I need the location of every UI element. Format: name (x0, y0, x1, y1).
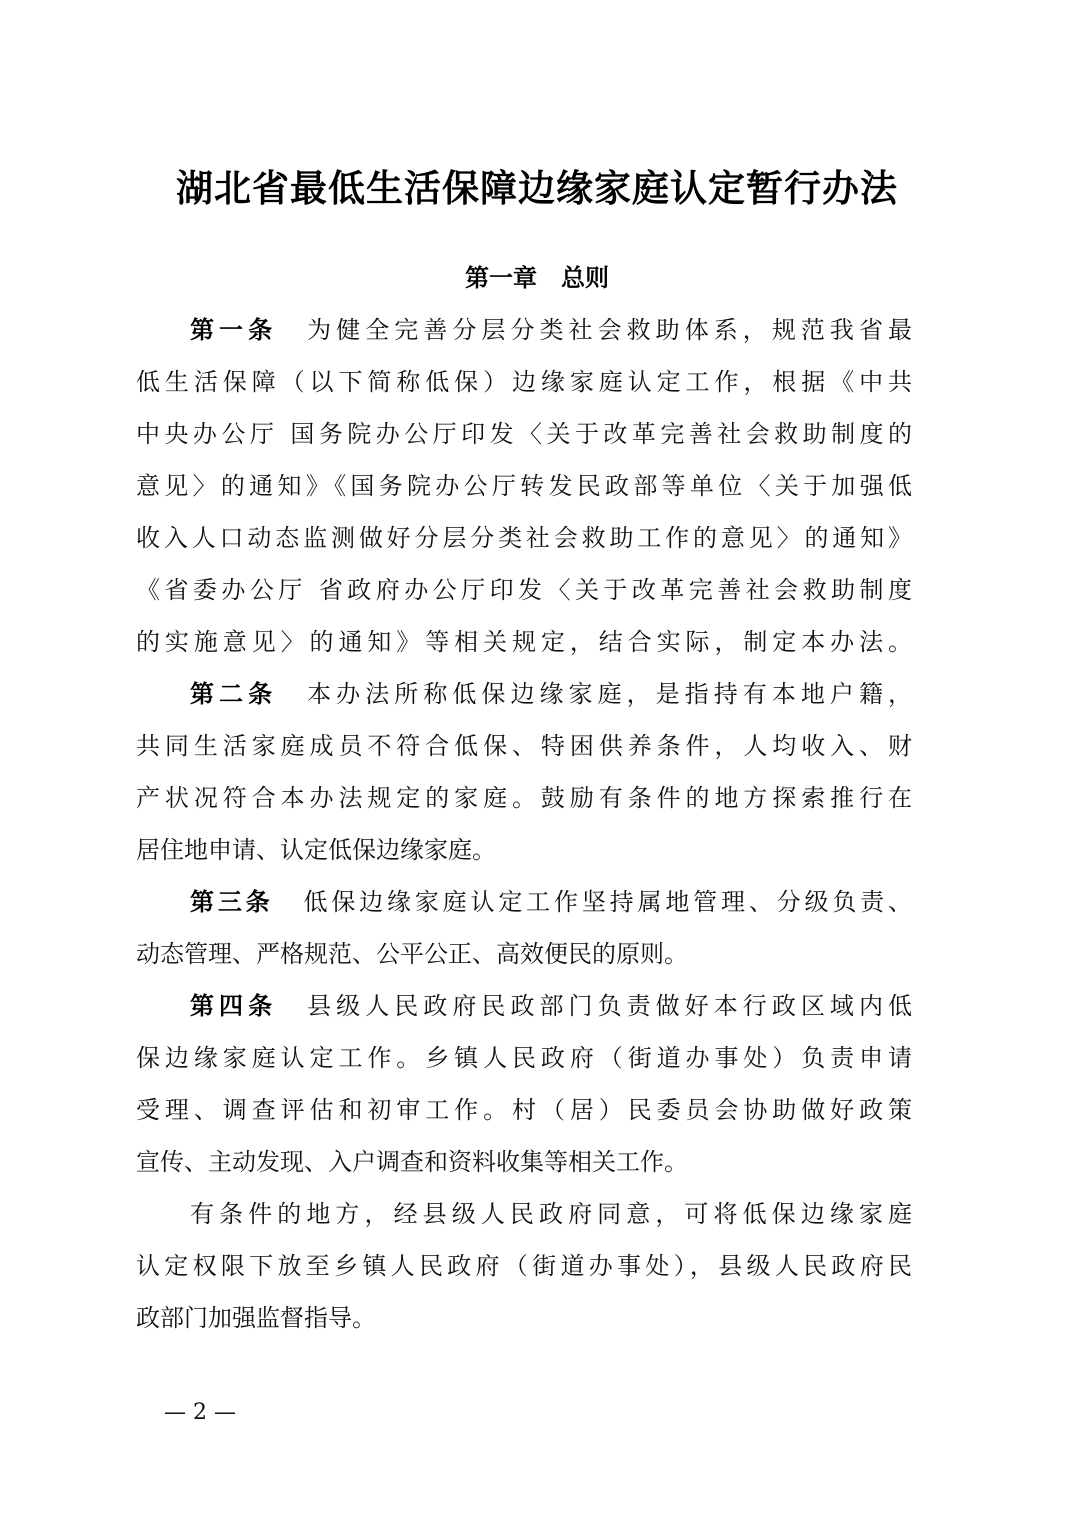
document-title: 湖北省最低生活保障边缘家庭认定暂行办法 (0, 158, 1074, 212)
article-2-line-3: 产状况符合本办法规定的家庭。鼓励有条件的地方探索推行在 (136, 780, 912, 816)
paragraph-line-3: 政部门加强监督指导。 (136, 1300, 912, 1336)
article-label: 第三条 (190, 888, 274, 916)
article-4-line-3: 受理、调查评估和初审工作。村（居）民委员会协助做好政策 (136, 1092, 912, 1128)
page-number: — 2 — (164, 1400, 236, 1425)
article-4-line-2: 保边缘家庭认定工作。乡镇人民政府（街道办事处）负责申请 (136, 1040, 912, 1076)
paragraph-line-2: 认定权限下放至乡镇人民政府（街道办事处），县级人民政府民 (136, 1248, 912, 1284)
article-label: 第四条 (190, 992, 277, 1020)
article-4-line-4: 宣传、主动发现、入户调查和资料收集等相关工作。 (136, 1144, 912, 1180)
article-1-line-7: 的实施意见〉的通知》等相关规定，结合实际，制定本办法。 (136, 624, 912, 660)
article-2-line-1: 第二条本办法所称低保边缘家庭，是指持有本地户籍， (190, 676, 912, 712)
article-2-line-4: 居住地申请、认定低保边缘家庭。 (136, 832, 912, 868)
paragraph-line-1: 有条件的地方，经县级人民政府同意，可将低保边缘家庭 (190, 1196, 912, 1232)
article-3-line-1: 第三条低保边缘家庭认定工作坚持属地管理、分级负责、 (190, 884, 912, 920)
article-1-line-5: 收入人口动态监测做好分层分类社会救助工作的意见〉的通知》 (136, 520, 912, 556)
chapter-heading: 第一章 总则 (0, 258, 1074, 293)
article-1-line-4: 意见〉的通知》《国务院办公厅转发民政部等单位〈关于加强低 (136, 468, 912, 504)
article-1-line-2: 低生活保障（以下简称低保）边缘家庭认定工作，根据《中共 (136, 364, 912, 400)
document-page: 湖北省最低生活保障边缘家庭认定暂行办法 第一章 总则 第一条为健全完善分层分类社… (0, 0, 1074, 1520)
article-1-line-3: 中央办公厅 国务院办公厅印发〈关于改革完善社会救助制度的 (136, 416, 912, 452)
article-4-line-1: 第四条县级人民政府民政部门负责做好本行政区域内低 (190, 988, 912, 1024)
article-1-line-6: 《省委办公厅 省政府办公厅印发〈关于改革完善社会救助制度 (136, 572, 912, 608)
article-2-line-2: 共同生活家庭成员不符合低保、特困供养条件，人均收入、财 (136, 728, 912, 764)
article-1-line-1: 第一条为健全完善分层分类社会救助体系，规范我省最 (190, 312, 912, 348)
article-3-line-2: 动态管理、严格规范、公平公正、高效便民的原则。 (136, 936, 912, 972)
article-label: 第二条 (190, 680, 277, 708)
article-label: 第一条 (190, 316, 277, 344)
